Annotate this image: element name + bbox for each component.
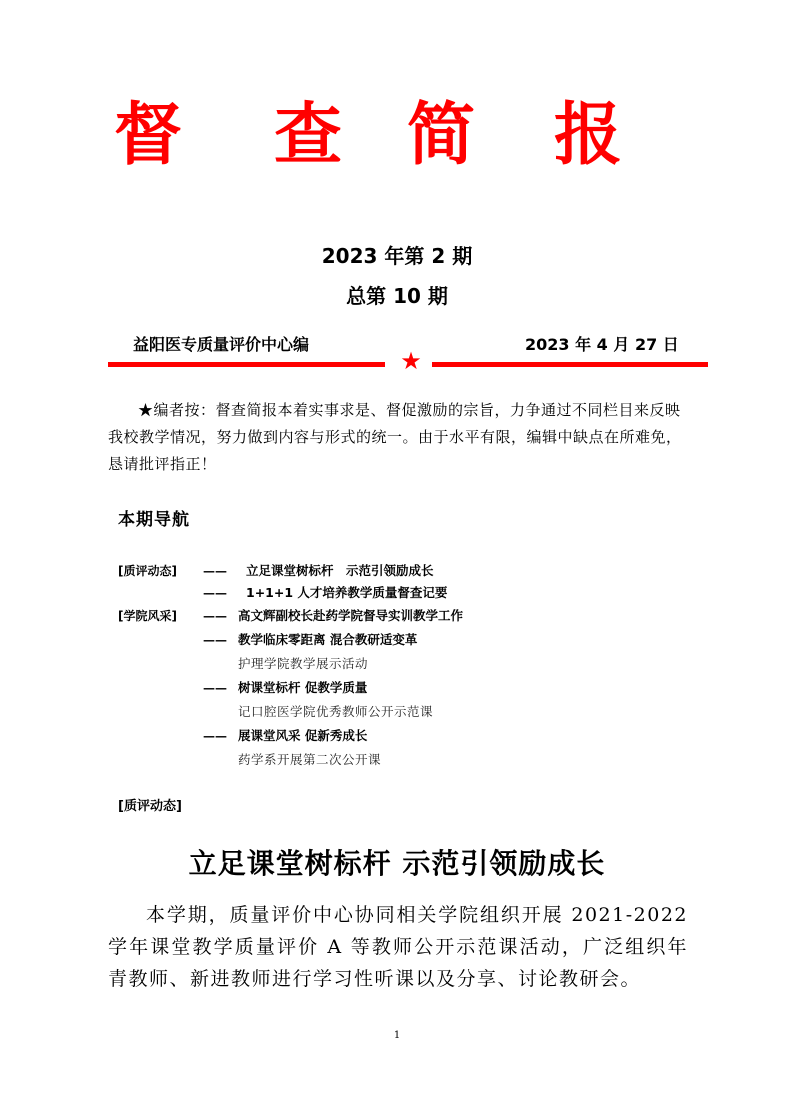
section-tag: [质评动态] xyxy=(118,795,182,814)
issue-total: 总第 10 期 xyxy=(0,280,794,309)
editor-preface: ★编者按：督查简报本着实事求是、督促激励的宗旨，力争通过不同栏目来反映我校教学情… xyxy=(108,397,688,478)
masthead-char-2: 查 xyxy=(274,96,342,176)
red-divider-right xyxy=(432,362,708,367)
nav-headline: 树课堂标杆 促教学质量 xyxy=(238,677,367,699)
nav-category: [质评动态] xyxy=(118,560,177,582)
navigation-title: 本期导航 xyxy=(118,505,190,530)
nav-dash: —— xyxy=(203,560,227,582)
editor-label: 益阳医专质量评价中心编 xyxy=(133,334,309,356)
nav-dash: —— xyxy=(203,582,227,604)
nav-dash: —— xyxy=(203,725,227,747)
nav-headline: 展课堂风采 促新秀成长 xyxy=(238,725,367,747)
red-divider-left xyxy=(108,362,385,367)
article-body: 本学期，质量评价中心协同相关学院组织开展 2021-2022 学年课堂教学质量评… xyxy=(108,899,688,995)
nav-headline: 1+1+1 人才培养教学质量督查记要 xyxy=(246,582,447,604)
masthead-title: 督 查 简 报 xyxy=(100,96,700,176)
nav-dash: —— xyxy=(203,629,227,651)
star-icon: ★ xyxy=(399,349,423,373)
nav-subtitle: 药学系开展第二次公开课 xyxy=(238,749,381,771)
article-title: 立足课堂树标杆 示范引领励成长 xyxy=(0,842,794,882)
nav-dash: —— xyxy=(203,677,227,699)
nav-subtitle: 护理学院教学展示活动 xyxy=(238,653,368,675)
nav-headline: 立足课堂树标杆 示范引领励成长 xyxy=(246,560,434,582)
nav-dash: —— xyxy=(203,605,227,627)
masthead-char-4: 报 xyxy=(554,96,622,176)
nav-category: [学院风采] xyxy=(118,605,177,627)
nav-subtitle: 记口腔医学院优秀教师公开示范课 xyxy=(238,701,433,723)
masthead-char-1: 督 xyxy=(114,96,182,176)
page-number: 1 xyxy=(0,1030,794,1041)
masthead-char-3: 简 xyxy=(407,96,475,176)
issue-number: 2023 年第 2 期 xyxy=(0,240,794,269)
nav-headline: 高文辉副校长赴药学院督导实训教学工作 xyxy=(238,605,463,627)
publish-date: 2023 年 4 月 27 日 xyxy=(525,334,679,356)
nav-headline: 教学临床零距离 混合教研适变革 xyxy=(238,629,417,651)
